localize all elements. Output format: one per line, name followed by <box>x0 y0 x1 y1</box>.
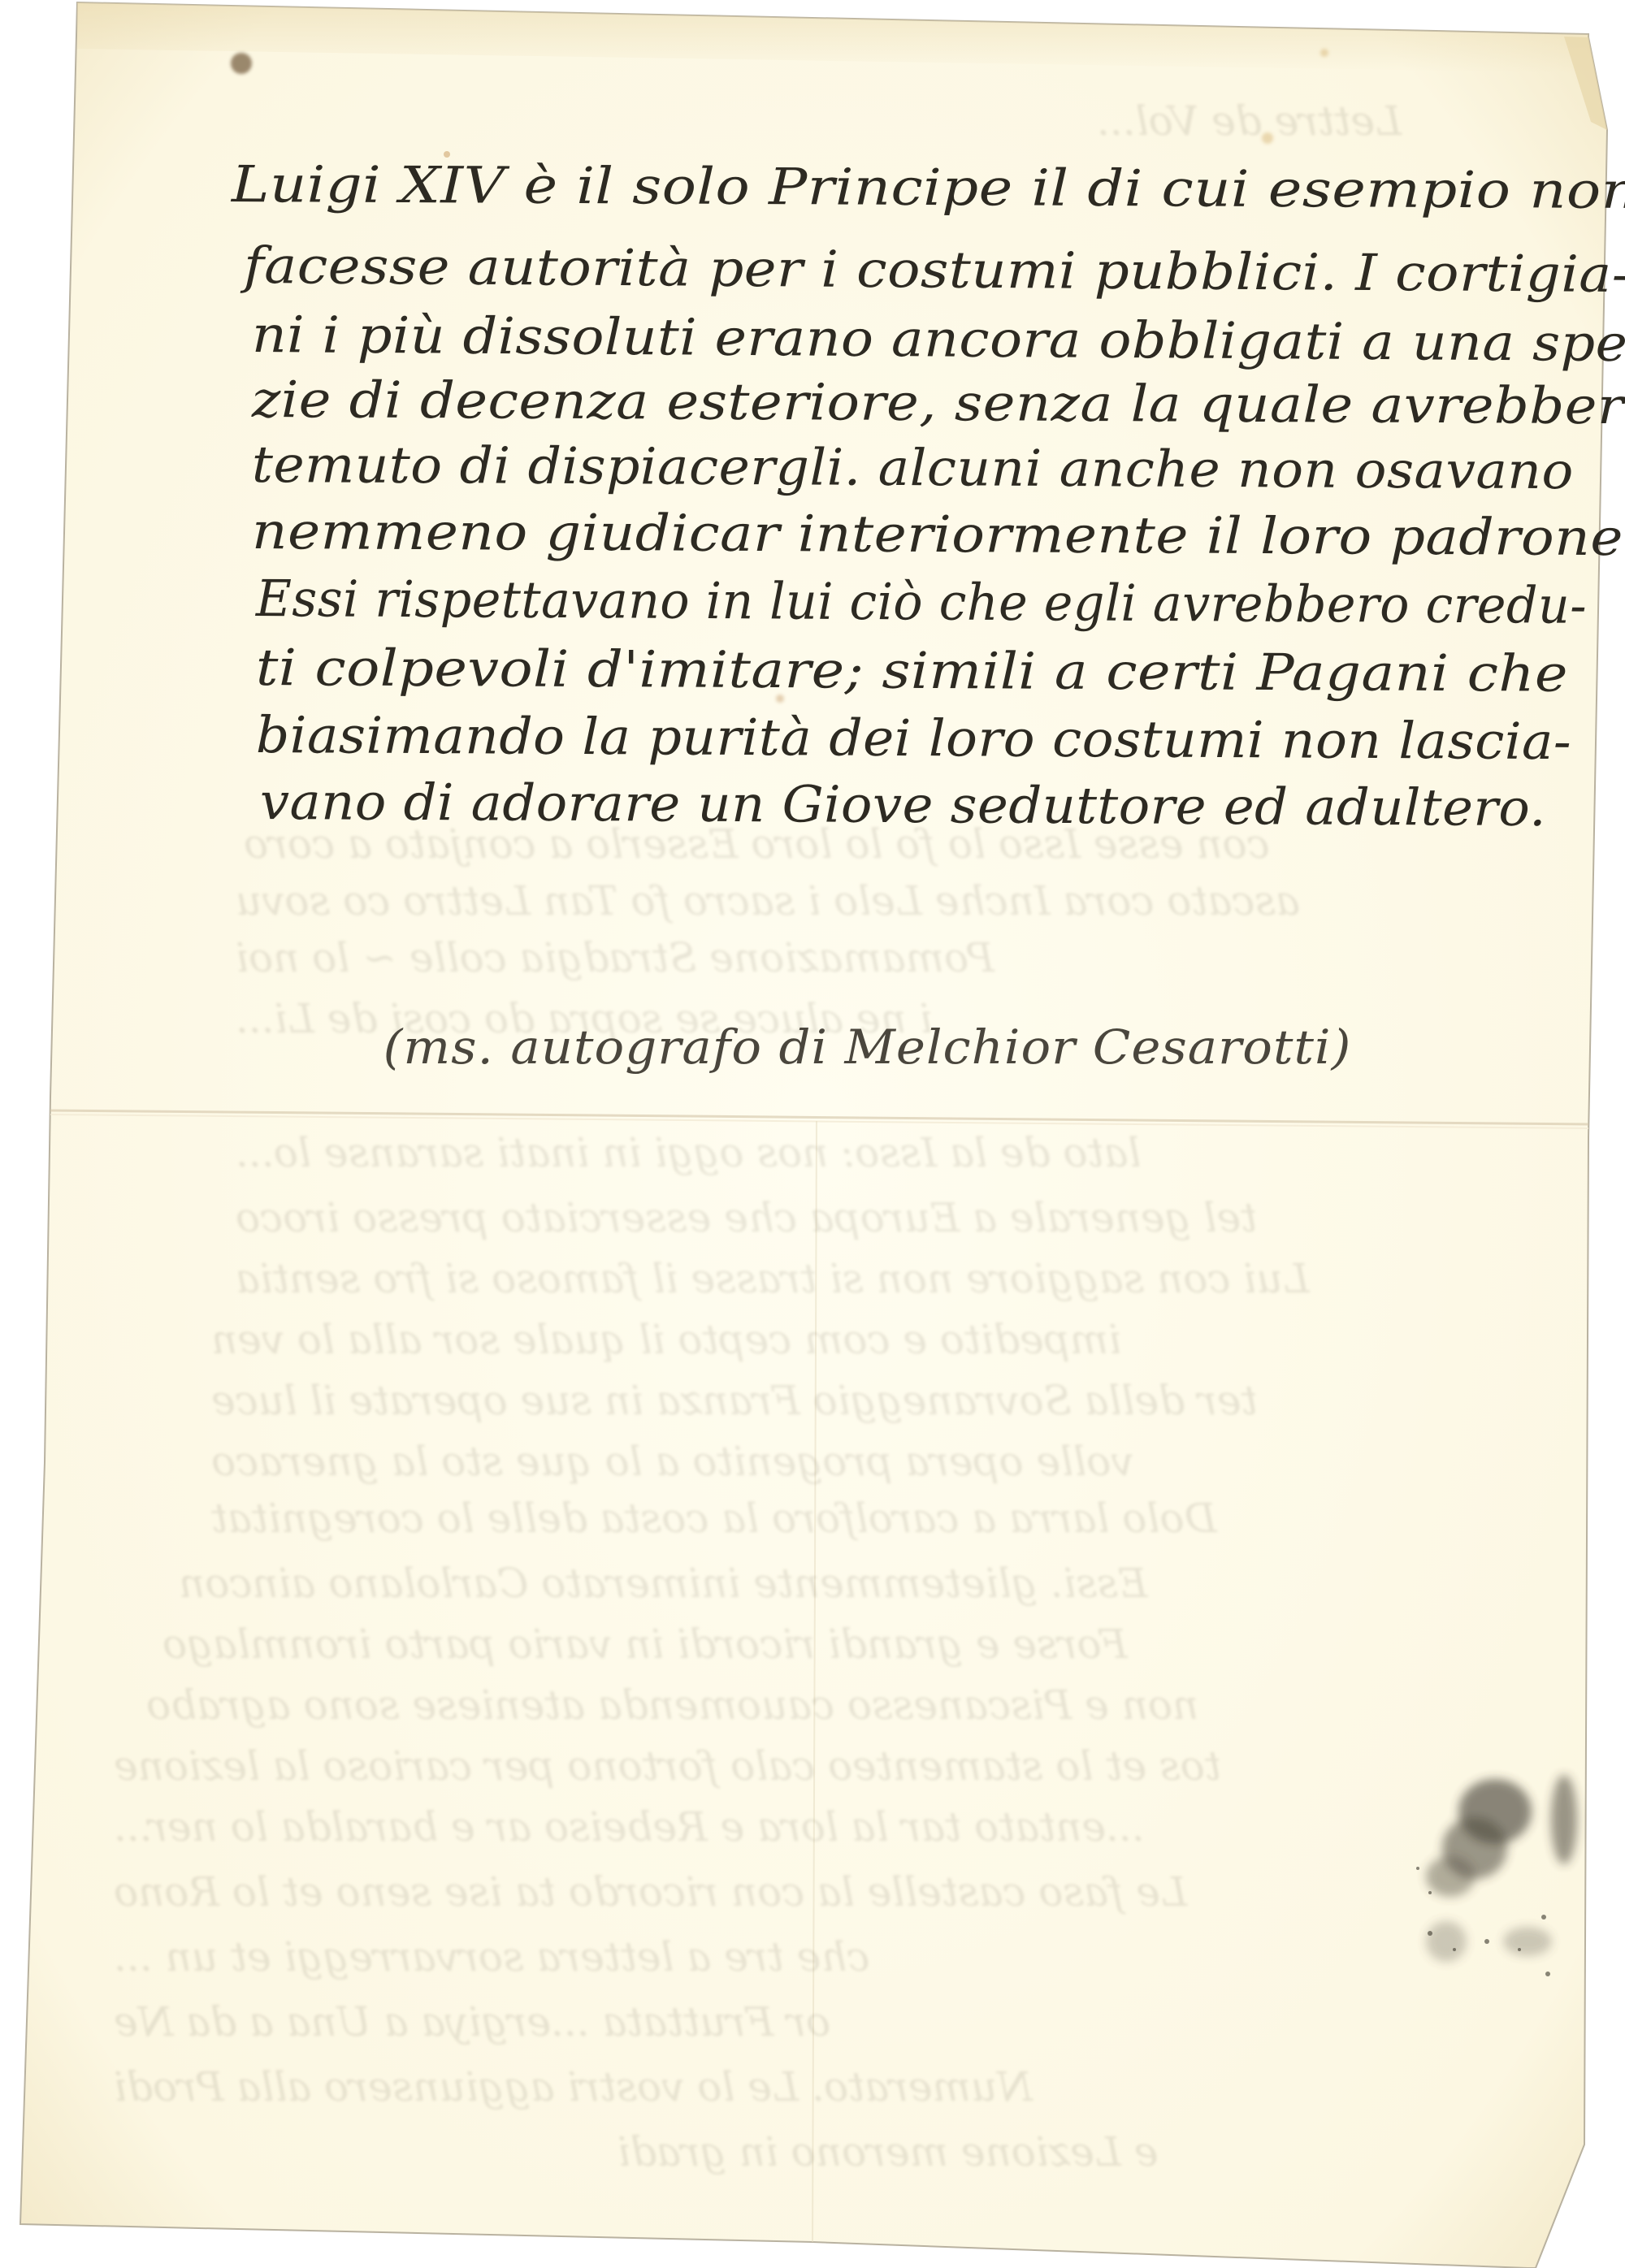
manuscript-line: vano di adorare un Giove seduttore ed ad… <box>260 772 1546 838</box>
manuscript-line: Essi rispettavano in lui ciò che egli av… <box>256 569 1587 635</box>
scanned-manuscript-page: Lettre de Vol... con esse Isso lo fo lo … <box>0 0 1625 2268</box>
manuscript-line: ti colpevoli d'imitare; simili a certi P… <box>256 638 1568 703</box>
manuscript-line: Luigi XIV è il solo Principe il di cui e… <box>232 154 1625 220</box>
manuscript-body: Luigi XIV è il solo Principe il di cui e… <box>0 0 1625 2268</box>
manuscript-line: ni i più dissoluti erano ancora obbligat… <box>252 305 1625 373</box>
manuscript-line: biasimando la purità dei loro costumi no… <box>256 705 1572 771</box>
manuscript-line: facesse autorità per i costumi pubblici.… <box>244 236 1625 304</box>
attribution-note: (ms. autografo di Melchior Cesarotti) <box>383 1019 1352 1075</box>
manuscript-line: nemmeno giudicar interiormente il loro p… <box>252 501 1625 567</box>
manuscript-line: zie di decenza esteriore, senza la quale… <box>252 370 1625 435</box>
manuscript-line: temuto di dispiacergli. alcuni anche non… <box>252 435 1574 500</box>
